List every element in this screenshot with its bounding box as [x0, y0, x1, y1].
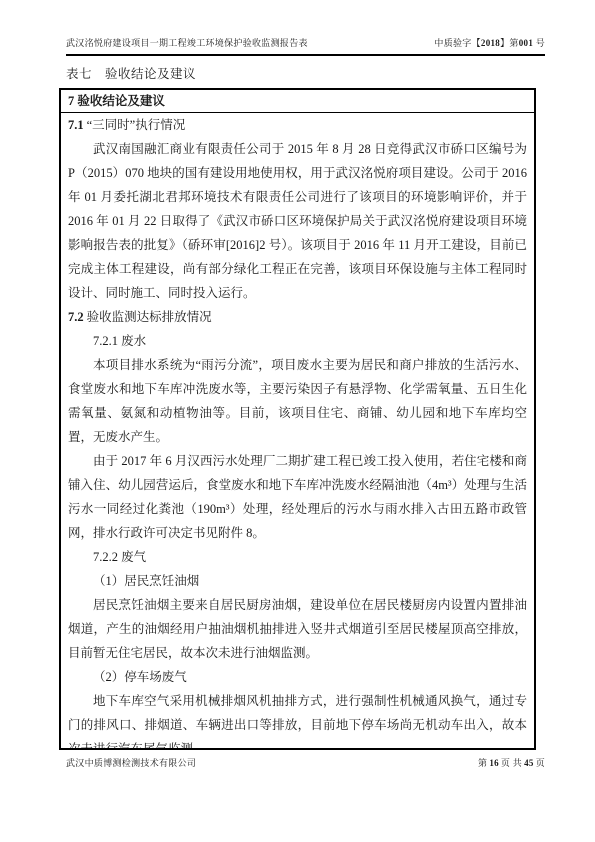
heading-item-2: （2）停车场废气: [68, 665, 527, 689]
heading-7-2: 7.2验收监测达标排放情况: [68, 305, 527, 329]
section-body: 7.1“三同时”执行情况 武汉南国融汇商业有限责任公司于 2015 年 8 月 …: [68, 113, 527, 750]
section-title: 7 验收结论及建议: [61, 90, 534, 113]
footer-company: 武汉中质博测检测技术有限公司: [66, 757, 196, 769]
doc-number-no: 001: [519, 38, 533, 48]
page-current: 16: [487, 758, 501, 768]
page-prefix: 第: [478, 758, 487, 768]
doc-number-suffix: 号: [536, 38, 545, 48]
doc-number-prefix: 中质验字【: [434, 38, 481, 48]
page-total: 45: [522, 758, 536, 768]
paragraph-wastewater-1: 本项目排水系统为“雨污分流”，项目废水主要为居民和商户排放的生活污水、食堂废水和…: [68, 353, 527, 449]
heading-7-2-2: 7.2.2 废气: [68, 545, 527, 569]
page-header: 武汉洺悦府建设项目一期工程竣工环境保护验收监测报告表 中质验字【2018】第00…: [66, 37, 545, 56]
heading-7-1-number: 7.1: [68, 118, 84, 132]
page-suffix: 页: [536, 758, 545, 768]
doc-number-mid: 】第: [500, 38, 519, 48]
paragraph-wastewater-2: 由于 2017 年 6 月汉西污水处理厂二期扩建工程已竣工投入使用，若住宅楼和商…: [68, 449, 527, 545]
content-box: 7 验收结论及建议 7.1“三同时”执行情况 武汉南国融汇商业有限责任公司于 2…: [59, 88, 536, 750]
heading-item-1: （1）居民烹饪油烟: [68, 569, 527, 593]
page-footer: 武汉中质博测检测技术有限公司 第16页 共45页: [66, 757, 545, 769]
heading-7-2-number: 7.2: [68, 310, 84, 324]
paragraph-parking-exhaust: 地下车库空气采用机械排烟风机抽排方式，进行强制性机械通风换气，通过专门的排风口、…: [68, 689, 527, 750]
paragraph-cooking-fume: 居民烹饪油烟主要来自居民厨房油烟，建设单位在居民楼厨房内设置内置排油烟道，产生的…: [68, 593, 527, 665]
page-mid: 页 共: [501, 758, 522, 768]
heading-7-1: 7.1“三同时”执行情况: [68, 113, 527, 137]
heading-7-2-1: 7.2.1 废水: [68, 329, 527, 353]
paragraph-three-simultaneities: 武汉南国融汇商业有限责任公司于 2015 年 8 月 28 日竞得武汉市硚口区编…: [68, 137, 527, 305]
document-page: { "header": { "title": "武汉洺悦府建设项目一期工程竣工环…: [0, 0, 595, 842]
header-doc-title: 武汉洺悦府建设项目一期工程竣工环境保护验收监测报告表: [66, 37, 308, 49]
header-doc-number: 中质验字【2018】第001 号: [434, 37, 545, 49]
heading-7-2-text: 验收监测达标排放情况: [87, 310, 212, 324]
table-caption: 表七 验收结论及建议: [66, 66, 196, 82]
footer-page-number: 第16页 共45页: [478, 757, 545, 769]
doc-number-year: 2018: [481, 38, 500, 48]
heading-7-1-text: “三同时”执行情况: [87, 118, 186, 132]
